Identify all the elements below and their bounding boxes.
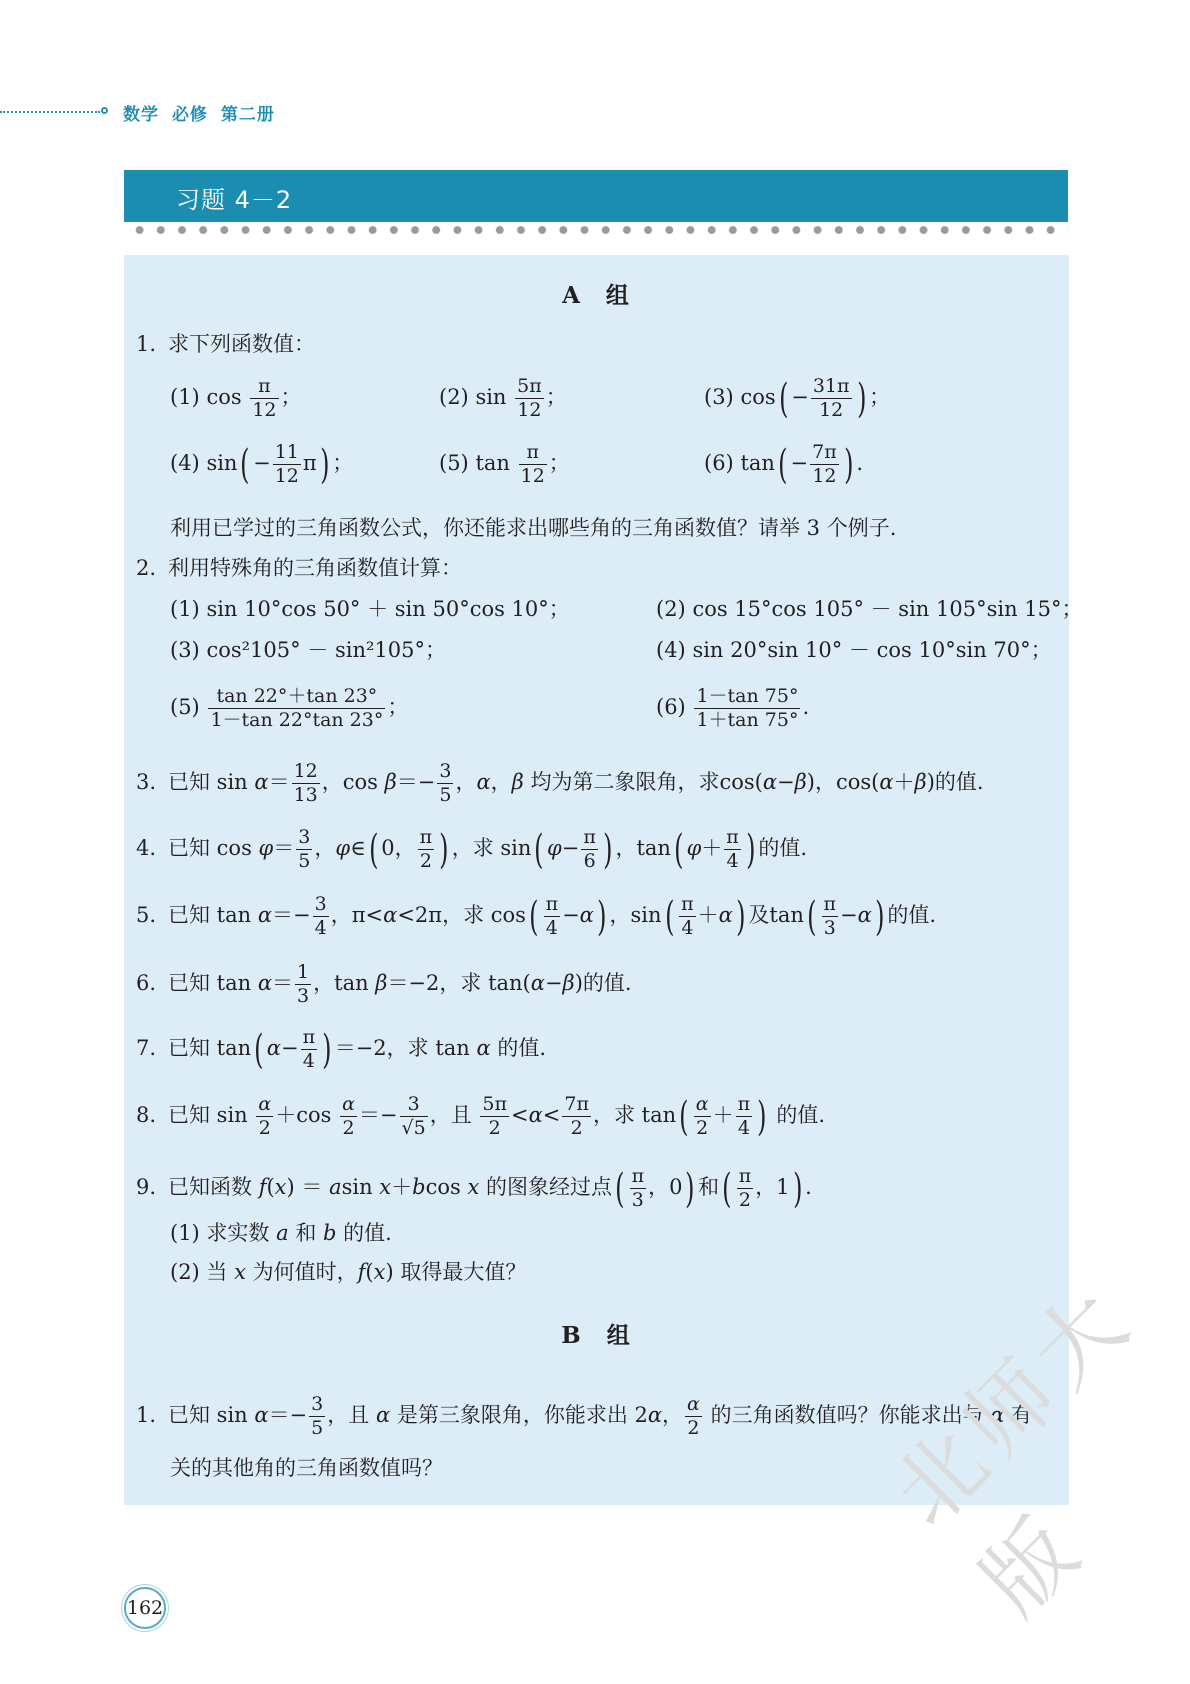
question-a2: 2.利用特殊角的三角函数值计算： — [136, 553, 462, 583]
q9-part-1: (1) 求实数 a 和 b 的值. — [170, 1218, 392, 1248]
header-dotted-rule — [0, 111, 100, 113]
question-a7: 7.已知 tan(α−π4)＝−2，求 tan α 的值. — [136, 1028, 546, 1071]
page-number: 162 — [124, 1587, 166, 1629]
question-b1-line2: 关的其他角的三角函数值吗？ — [170, 1453, 443, 1483]
group-b-heading: B组 — [124, 1317, 1069, 1350]
q2-part-4: (4) sin 20°sin 10° － cos 10°sin 70°； — [656, 635, 1052, 665]
question-a4: 4.已知 cos φ＝35，φ∈(0，π2)，求 sin(φ−π6)，tan(φ… — [136, 828, 807, 871]
q1-part-4: (4) sin(−1112π)； — [170, 443, 353, 486]
question-a9: 9.已知函数 f(x) ＝ asin x＋bcos x 的图象经过点(π3，0)… — [136, 1167, 812, 1210]
exercise-panel: A组 1.求下列函数值： (1) cos π12； (2) sin 5π12； … — [124, 255, 1069, 1505]
dotted-divider — [124, 225, 1068, 235]
question-a1: 1.求下列函数值： — [136, 329, 315, 359]
exercise-title: 习题 4－2 — [176, 180, 292, 215]
question-a6: 6.已知 tan α＝13，tan β＝−2，求 tan(α−β)的值. — [136, 963, 632, 1006]
q1-part-1: (1) cos π12； — [170, 377, 302, 420]
q2-part-6: (6) 1－tan 75°1＋tan 75°. — [656, 687, 809, 730]
q2-part-1: (1) sin 10°cos 50° ＋ sin 50°cos 10°； — [170, 594, 570, 624]
q1-part-6: (6) tan(−7π12). — [704, 443, 863, 486]
header-ring-icon — [101, 107, 108, 114]
question-a8: 8.已知 sin α2＋cos α2＝−3√5，且 5π2<α<7π2，求 ta… — [136, 1095, 825, 1138]
q2-part-3: (3) cos²105° － sin²105°； — [170, 635, 446, 665]
q9-part-2: (2) 当 x 为何值时，f(x) 取得最大值？ — [170, 1257, 526, 1287]
book-title: 数学 必修 第二册 — [123, 100, 275, 125]
question-a3: 3.已知 sin α＝1213，cos β＝−35，α，β 均为第二象限角，求c… — [136, 762, 984, 805]
q1-part-2: (2) sin 5π12； — [439, 377, 567, 420]
q1-part-5: (5) tan π12； — [439, 443, 570, 486]
q1-part-3: (3) cos(−31π12)； — [704, 377, 890, 420]
q1-followup: 利用已学过的三角函数公式，你还能求出哪些角的三角函数值？请举 3 个例子. — [170, 513, 896, 543]
q2-part-5: (5) tan 22°＋tan 23°1－tan 22°tan 23°； — [170, 687, 408, 730]
exercise-banner: 习题 4－2 — [124, 170, 1068, 222]
group-a-heading: A组 — [124, 277, 1069, 310]
question-a5: 5.已知 tan α＝−34，π<α<2π，求 cos(π4−α)，sin(π4… — [136, 895, 936, 938]
q2-part-2: (2) cos 15°cos 105° － sin 105°sin 15°； — [656, 594, 1083, 624]
